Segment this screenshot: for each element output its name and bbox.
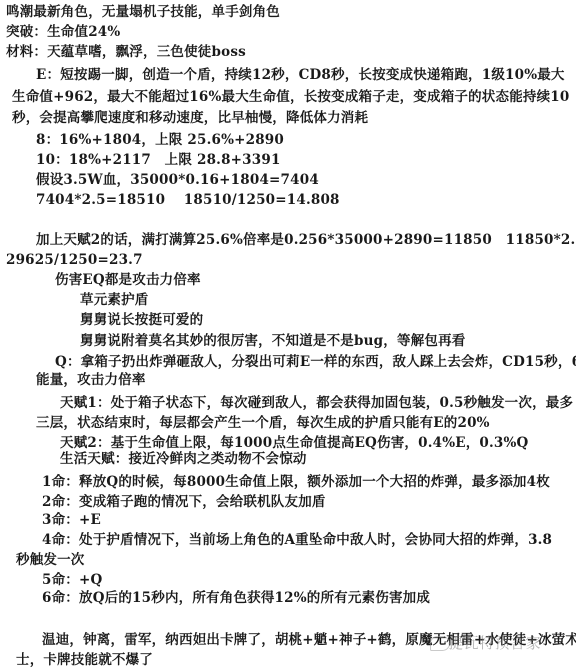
text-line: 生活天赋：接近冷鲜肉之类动物不会惊动 bbox=[60, 449, 307, 469]
text-line: 假设3.5W血，35000*0.16+1804=7404 bbox=[36, 170, 319, 190]
text-line: 3命：+E bbox=[42, 510, 101, 530]
text-line: 8：16%+1804，上限 25.6%+2890 bbox=[36, 130, 284, 150]
text-line: 29625/1250=23.7 bbox=[6, 250, 143, 270]
watermark: 提瓦特预言家 bbox=[448, 632, 541, 653]
text-line: 1命：释放Q的时候，每8000生命值上限，额外添加一个大招的炸弹，最多添加4枚 bbox=[42, 472, 550, 492]
text-line: 材料：天蕴草嗜，飘浮，三色使徒boss bbox=[6, 42, 246, 62]
text-line: 秒触发一次 bbox=[16, 550, 85, 570]
text-line: 舅舅说长按挺可爱的 bbox=[80, 310, 203, 330]
text-line: 三层，状态结束时，每层都会产生一个盾，每次生成的护盾只能有E的20% bbox=[36, 413, 490, 433]
text-line: 10：18%+2117 上限 28.8+3391 bbox=[36, 150, 281, 170]
text-line: 4命：处于护盾情况下，当前场上角色的A重坠命中敌人时，会协同大招的炸弹，3.8 bbox=[42, 530, 552, 550]
text-line: 天赋1：处于箱子状态下，每次碰到敌人，都会获得加固包装，0.5秒触发一次，最多 bbox=[60, 393, 573, 413]
text-line: E：短按踢一脚，创造一个盾，持续12秒，CD8秒，长按变成快递箱跑，1级10%最… bbox=[36, 65, 565, 85]
text-line: 草元素护盾 bbox=[80, 290, 149, 310]
text-line: 突破：生命值24% bbox=[6, 22, 120, 42]
text-line: 能量，攻击力倍率 bbox=[36, 370, 146, 390]
text-line: 鸣潮最新角色，无量塌机子技能，单手剑角色 bbox=[6, 2, 280, 22]
text-line: 5命：+Q bbox=[42, 570, 102, 590]
text-line: 伤害EQ都是攻击力倍率 bbox=[55, 270, 201, 290]
text-line: 秒，会提高攀爬速度和移动速度，比早柚慢，降低体力消耗 bbox=[12, 108, 368, 128]
text-line: 7404*2.5=18510 18510/1250=14.808 bbox=[36, 190, 340, 210]
text-line: 士，卡牌技能就不爆了 bbox=[16, 650, 153, 669]
text-line: 2命：变成箱子跑的情况下，会给联机队友加盾 bbox=[42, 492, 326, 512]
text-line: 舅舅说附着莫名其妙的很厉害，不知道是不是bug，等解包再看 bbox=[80, 331, 466, 351]
text-line: 加上天赋2的话，满打满算25.6%倍率是0.256*35000+2890=118… bbox=[36, 230, 576, 250]
text-line: 6命：放Q后的15秒内，所有角色获得12%的所有元素伤害加成 bbox=[42, 588, 430, 608]
text-line: 生命值+962，最大不能超过16%最大生命值，长按变成箱子走，变成箱子的状态能持… bbox=[12, 87, 570, 107]
wechat-icon bbox=[430, 636, 450, 651]
text-line: Q：拿箱子扔出炸弹砸敌人，分裂出可莉E一样的东西，敌人踩上去会炸，CD15秒，6… bbox=[55, 352, 576, 372]
